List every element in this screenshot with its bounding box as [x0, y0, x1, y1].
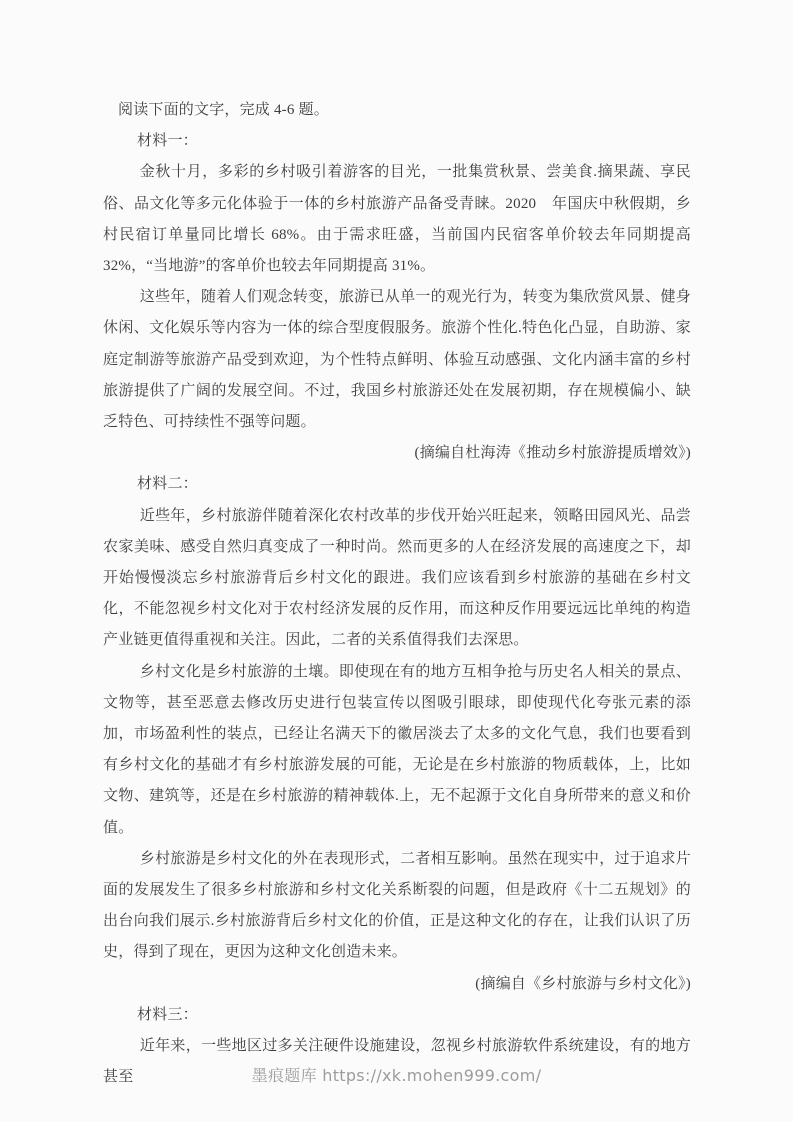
section-3-heading: 材料三： [103, 1000, 691, 1031]
watermark-text: 墨痕题库 https://xk.mohen999.com/ [252, 1066, 542, 1085]
document-body: 阅读下面的文字，完成 4-6 题。 材料一： 金秋十月，多彩的乡村吸引着游客的目… [103, 95, 691, 1094]
section-2-paragraph-3: 乡村旅游是乡村文化的外在表现形式，二者相互影响。虽然在现实中，过于追求片面的发展… [103, 844, 691, 969]
section-1-paragraph-1: 金秋十月，多彩的乡村吸引着游客的目光，一批集赏秋景、尝美食.摘果蔬、享民俗、品文… [103, 157, 691, 282]
intro-line: 阅读下面的文字，完成 4-6 题。 [103, 95, 691, 126]
section-2-attribution: (摘编自《乡村旅游与乡村文化》) [103, 969, 691, 1000]
page-footer: 墨痕题库 https://xk.mohen999.com/ [0, 1064, 793, 1088]
document-page: 阅读下面的文字，完成 4-6 题。 材料一： 金秋十月，多彩的乡村吸引着游客的目… [0, 0, 793, 1122]
section-2-heading: 材料二： [103, 469, 691, 500]
section-1-attribution: (摘编自杜海涛《推动乡村旅游提质增效》) [103, 438, 691, 469]
section-2-paragraph-2: 乡村文化是乡村旅游的土壤。即使现在有的地方互相争抢与历史名人相关的景点、文物等，… [103, 657, 691, 844]
section-2-paragraph-1: 近些年，乡村旅游伴随着深化农村改革的步伐开始兴旺起来，领略田园风光、品尝农家美味… [103, 501, 691, 657]
section-1-heading: 材料一： [103, 126, 691, 157]
section-1-paragraph-2: 这些年，随着人们观念转变，旅游已从单一的观光行为，转变为集欣赏风景、健身休闲、文… [103, 282, 691, 438]
